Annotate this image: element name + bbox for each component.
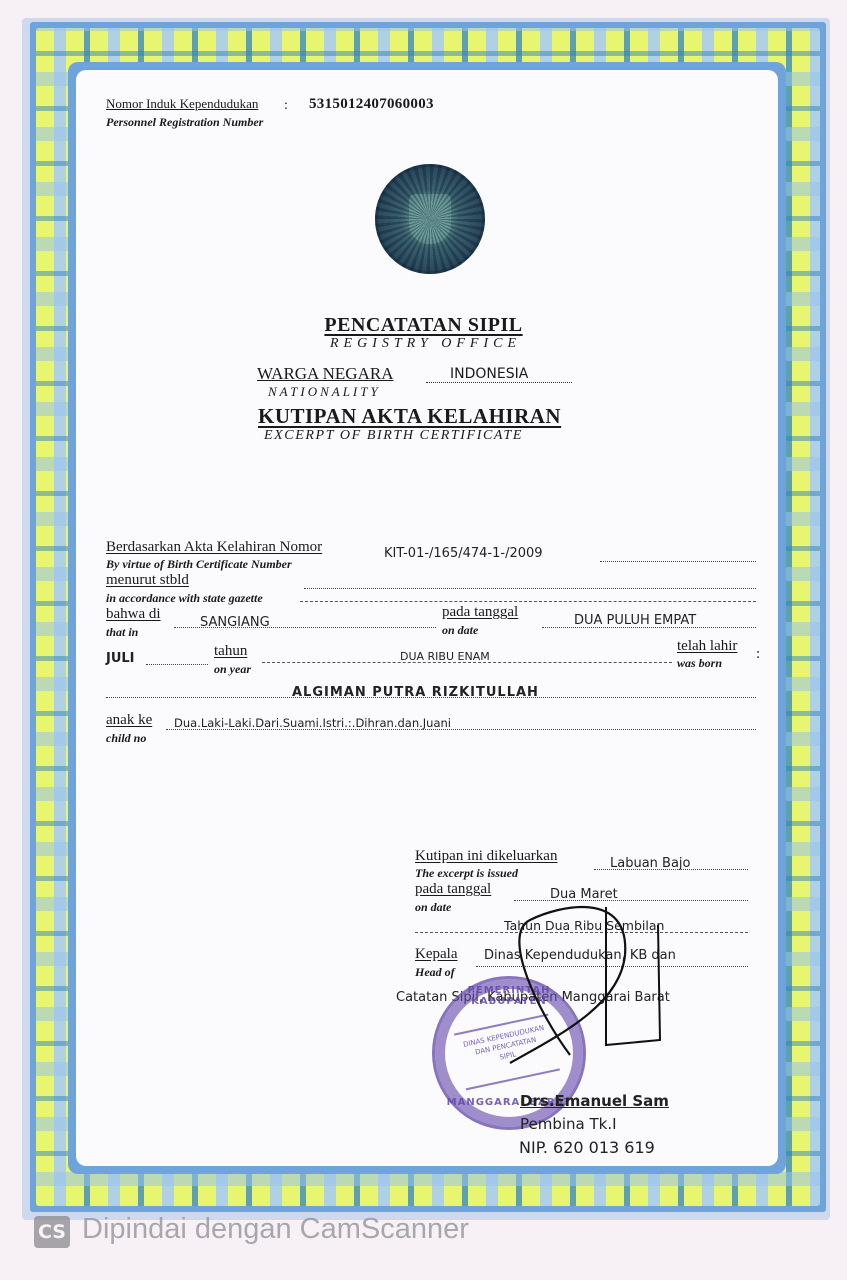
stbld-label-en: in accordance with state gazette [106, 591, 263, 606]
born-label: telah lahir [677, 638, 737, 655]
child-name-value: ALGIMAN PUTRA RIZKITULLAH [292, 685, 539, 700]
cert-number-fill-line [600, 561, 756, 562]
office-title-en: REGISTRY OFFICE [0, 336, 847, 352]
nik-label-en: Personnel Registration Number [106, 115, 263, 130]
issued-place-value: Labuan Bajo [610, 856, 691, 871]
issued-label: Kutipan ini dikeluarkan [415, 848, 557, 865]
born-label-en: was born [677, 656, 722, 671]
nationality-value: INDONESIA [426, 366, 572, 383]
garuda-emblem-icon [375, 164, 485, 274]
birthdate-label: pada tanggal [442, 604, 518, 621]
signature-icon [500, 895, 680, 1070]
nik-value: 5315012407060003 [309, 96, 434, 113]
nationality-label: WARGA NEGARA [257, 364, 393, 384]
head-of-label-en: Head of [415, 965, 455, 980]
issued-label-en: The excerpt is issued [415, 866, 518, 881]
official-rank: Pembina Tk.I [520, 1115, 617, 1133]
stbld-dash-line [300, 601, 756, 602]
cert-number-label: Berdasarkan Akta Kelahiran Nomor [106, 539, 322, 556]
official-nip: NIP. 620 013 619 [519, 1138, 655, 1157]
stbld-fill-line [304, 588, 756, 589]
birthdate-value: DUA PULUH EMPAT [574, 613, 696, 628]
child-order-label: anak ke [106, 712, 152, 729]
document-title-en: EXCERPT OF BIRTH CERTIFICATE [264, 428, 523, 444]
child-order-value: Dua.Laki-Laki.Dari.Suami.Istri.:.Dihran.… [174, 716, 451, 730]
born-colon: : [756, 646, 760, 663]
cert-number-label-en: By virtue of Birth Certificate Number [106, 557, 292, 572]
birthplace-label-en: that in [106, 625, 138, 640]
stbld-label: menurut stbld [106, 572, 189, 589]
birth-year-value: DUA RIBU ENAM [400, 650, 490, 663]
office-title-text: PENCATATAN SIPIL [324, 314, 522, 336]
birth-year-label-en: on year [214, 662, 251, 677]
birthplace-value: SANGIANG [200, 615, 270, 630]
birth-year-label: tahun [214, 643, 247, 660]
birth-month-value: JULI [106, 651, 135, 666]
birthplace-label: bahwa di [106, 606, 161, 623]
birth-month-fill-line [146, 664, 208, 665]
nik-colon: : [284, 98, 288, 114]
nationality-label-en: NATIONALITY [268, 384, 381, 400]
child-order-label-en: child no [106, 731, 146, 746]
camscanner-logo-icon: CS [34, 1216, 70, 1248]
nik-label: Nomor Induk Kependudukan [106, 96, 258, 112]
issued-date-label: pada tanggal [415, 881, 491, 898]
cert-number-value: KIT-01-/165/474-1-/2009 [384, 546, 543, 561]
official-name: Drs.Emanuel Sam [520, 1092, 669, 1110]
nationality-value-wrap: INDONESIA [426, 366, 572, 382]
head-of-label: Kepala [415, 946, 457, 963]
birthdate-label-en: on date [442, 623, 478, 638]
issued-date-label-en: on date [415, 900, 451, 915]
document-title: KUTIPAN AKTA KELAHIRAN [258, 404, 561, 429]
camscanner-watermark: Dipindai dengan CamScanner [82, 1213, 469, 1246]
office-title: PENCATATAN SIPIL [0, 314, 847, 337]
